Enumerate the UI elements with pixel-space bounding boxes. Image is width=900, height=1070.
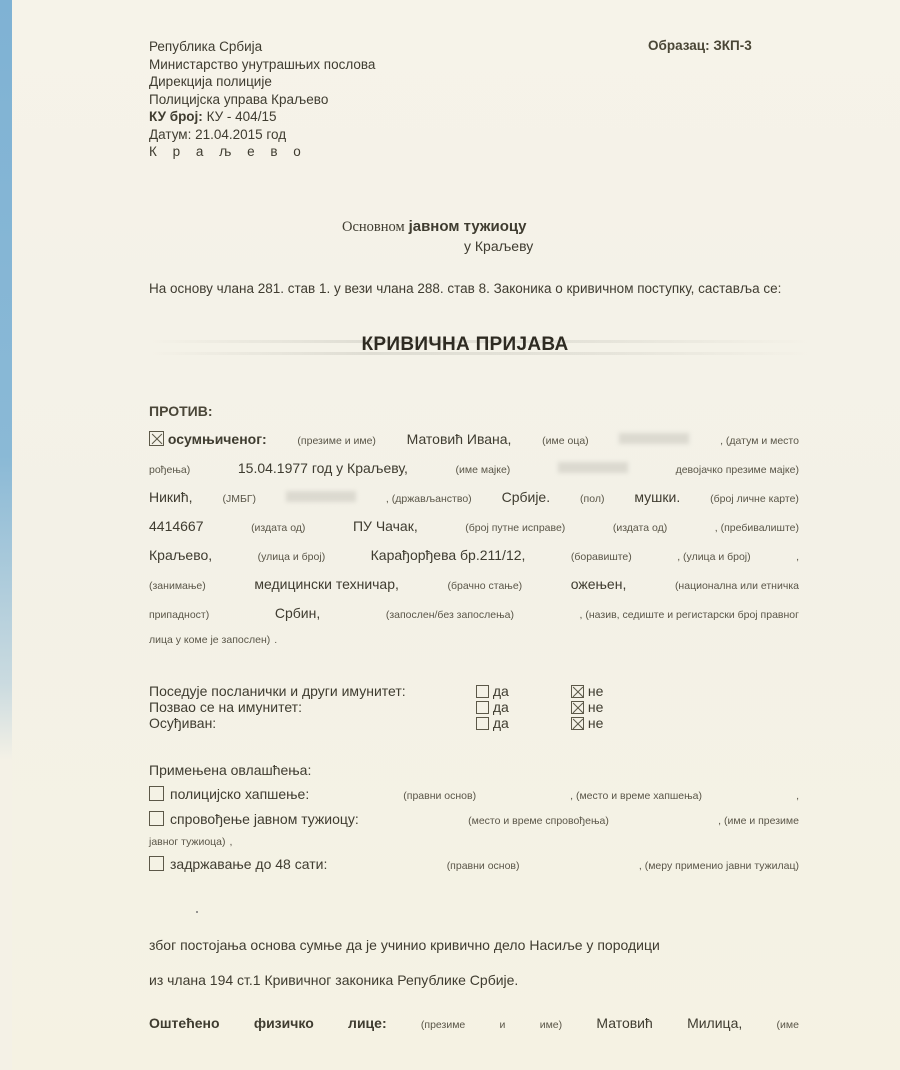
- checkbox[interactable]: [571, 701, 584, 714]
- case-number-value: КУ - 404/15: [207, 109, 277, 124]
- issuer-line: Република Србија: [149, 38, 375, 56]
- power-item-continued: јавног тужиоца) ,: [149, 836, 799, 856]
- field-value: ПУ Чачак,: [353, 518, 418, 534]
- checkbox[interactable]: [149, 431, 164, 446]
- field-value: Краљево,: [149, 547, 212, 563]
- field-hint: ,: [230, 836, 233, 848]
- field-hint: (име оца): [542, 435, 589, 447]
- power-item: полицијско хапшење:(правни основ), (мест…: [149, 786, 799, 811]
- no-label: не: [584, 683, 603, 699]
- background-edge: [0, 0, 12, 760]
- field-hint: (боравиште): [571, 551, 632, 563]
- field-hint: , (име и презиме: [718, 815, 799, 827]
- injured-party: Оштећено физичко лице: (презиме и име) М…: [149, 1015, 799, 1031]
- field-hint: (правни основ): [447, 860, 520, 872]
- powers-heading: Примењена овлашћења:: [149, 762, 311, 778]
- checkbox[interactable]: [571, 685, 584, 698]
- section-heading: ПРОТИВ:: [149, 403, 213, 419]
- injured-surname: Матовић: [596, 1015, 652, 1031]
- field-hint: , (назив, седиште и регистарски број пра…: [580, 609, 799, 621]
- field-hint: (брачно стање): [448, 580, 523, 592]
- field-hint: .: [274, 634, 277, 646]
- field-hint: рођења): [149, 464, 190, 476]
- no-option: не: [571, 715, 603, 731]
- field-hint: (број путне исправе): [465, 522, 565, 534]
- addressee-city: у Краљеву: [342, 237, 533, 256]
- issuer-line: Полицијска управа Краљево: [149, 91, 375, 109]
- immunity-row: Поседује посланички и други имунитет: да…: [149, 683, 669, 699]
- addressee-prefix: Основном: [342, 219, 405, 235]
- injured-label-word: Оштећено: [149, 1015, 220, 1031]
- field-hint: припадност): [149, 609, 209, 621]
- field-hint: (издата од): [251, 522, 305, 534]
- injured-name: Милица,: [687, 1015, 742, 1031]
- field-hint: , (место и време хапшења): [570, 790, 702, 802]
- field-hint: јавног тужиоца): [149, 836, 226, 848]
- injured-label-word: лице:: [348, 1015, 387, 1031]
- suspect-label: осумњиченог:: [168, 431, 267, 447]
- no-label: не: [584, 715, 603, 731]
- field-hint: (пол): [580, 493, 604, 505]
- power-item: спровођење јавном тужиоцу:(место и време…: [149, 811, 799, 836]
- suspect-line: осумњиченог:(презиме и име)Матовић Ивана…: [149, 431, 799, 460]
- field-hint: , (датум и место: [720, 435, 799, 447]
- immunity-label: Осуђиван:: [149, 715, 216, 731]
- field-hint: , (пребивалиште): [715, 522, 799, 534]
- closing-line: због постојања основа сумње да је учинио…: [149, 937, 809, 972]
- yes-label: да: [489, 683, 509, 699]
- issuer-line: Министарство унутрашњих послова: [149, 56, 375, 74]
- field-value: Србије.: [502, 489, 551, 505]
- checkbox[interactable]: [476, 701, 489, 714]
- field-hint: (име мајке): [456, 464, 511, 476]
- document-city: К р а љ е в о: [149, 143, 375, 161]
- yes-option: да: [476, 715, 509, 731]
- field-hint: девојачко презиме мајке): [676, 464, 799, 476]
- case-number-label: КУ број:: [149, 109, 203, 124]
- no-option: не: [571, 699, 603, 715]
- document-title: КРИВИЧНА ПРИЈАВА: [0, 334, 900, 356]
- issuer-line: Дирекција полиције: [149, 73, 375, 91]
- field-hint: (улица и број): [258, 551, 326, 563]
- field-value: 4414667: [149, 518, 204, 534]
- field-hint: (национална или етничка: [675, 580, 799, 592]
- document-date: Датум: 21.04.2015 год: [149, 126, 375, 144]
- field-value: 15.04.1977 год у Краљеву,: [238, 460, 408, 476]
- field-hint: (број личне карте): [710, 493, 799, 505]
- checkbox[interactable]: [149, 856, 164, 871]
- power-label: спровођење јавном тужиоцу:: [149, 811, 359, 827]
- closing-line: из члана 194 ст.1 Кривичног законика Реп…: [149, 972, 809, 1007]
- field-hint: име): [540, 1019, 562, 1031]
- yes-label: да: [489, 715, 509, 731]
- suspect-details: осумњиченог:(презиме и име)Матовић Ивана…: [149, 431, 799, 663]
- suspect-line: Краљево,(улица и број)Карађорђева бр.211…: [149, 547, 799, 576]
- intro-paragraph: На основу члана 281. став 1. у вези члан…: [149, 278, 799, 299]
- field-hint: (ЈМБГ): [222, 493, 256, 505]
- case-number: КУ број: КУ - 404/15: [149, 108, 375, 126]
- checkbox[interactable]: [149, 811, 164, 826]
- checkbox[interactable]: [571, 717, 584, 730]
- field-hint: и: [500, 1019, 506, 1031]
- issuer-header: Република Србија Министарство унутрашњих…: [149, 38, 375, 161]
- immunity-questions: Поседује посланички и други имунитет: да…: [149, 683, 669, 731]
- immunity-label: Позвао се на имунитет:: [149, 699, 302, 715]
- suspect-line: (занимање)медицински техничар,(брачно ст…: [149, 576, 799, 605]
- field-value: ожењен,: [571, 576, 627, 592]
- power-label: полицијско хапшење:: [149, 786, 309, 802]
- field-hint: (име: [777, 1019, 799, 1031]
- field-hint: ,: [796, 551, 799, 563]
- power-label: задржавање до 48 сати:: [149, 856, 327, 872]
- field-hint: (правни основ): [403, 790, 476, 802]
- field-hint: (занимање): [149, 580, 206, 592]
- injured-label-word: физичко: [254, 1015, 314, 1031]
- addressee: Основном јавном тужиоцу у Краљеву: [342, 217, 533, 256]
- suspect-line: рођења)15.04.1977 год у Краљеву,(име мај…: [149, 460, 799, 489]
- yes-option: да: [476, 683, 509, 699]
- redacted-field: [558, 462, 628, 473]
- suspect-checkbox-label: осумњиченог:: [149, 431, 267, 447]
- form-code: Образац: ЗКП-3: [648, 38, 752, 53]
- field-hint: (издата од): [613, 522, 667, 534]
- field-hint: (презиме: [421, 1019, 465, 1031]
- immunity-row: Осуђиван: да не: [149, 715, 669, 731]
- applied-powers: полицијско хапшење:(правни основ), (мест…: [149, 786, 799, 881]
- field-hint: , (улица и број): [677, 551, 750, 563]
- yes-label: да: [489, 699, 509, 715]
- field-hint: (место и време спровођења): [468, 815, 609, 827]
- field-value: Никић,: [149, 489, 193, 505]
- field-value: Матовић Ивана,: [407, 431, 512, 447]
- checkbox[interactable]: [476, 685, 489, 698]
- field-hint: (презиме и име): [297, 435, 376, 447]
- immunity-label: Поседује посланички и други имунитет:: [149, 683, 406, 699]
- suspect-line: 4414667(издата од)ПУ Чачак,(број путне и…: [149, 518, 799, 547]
- field-value: медицински техничар,: [254, 576, 399, 592]
- yes-option: да: [476, 699, 509, 715]
- field-value: Србин,: [275, 605, 320, 621]
- suspect-line: лица у коме је запослен).: [149, 634, 799, 663]
- no-label: не: [584, 699, 603, 715]
- redacted-field: [286, 491, 356, 502]
- field-hint: (запослен/без запослења): [386, 609, 514, 621]
- checkbox[interactable]: [149, 786, 164, 801]
- field-hint: , (меру применио јавни тужилац): [639, 860, 799, 872]
- immunity-row: Позвао се на имунитет: да не: [149, 699, 669, 715]
- field-hint: ,: [796, 790, 799, 802]
- checkbox[interactable]: [476, 717, 489, 730]
- suspect-line: Никић,(ЈМБГ), (држављанство)Србије.(пол)…: [149, 489, 799, 518]
- power-item: задржавање до 48 сати:(правни основ), (м…: [149, 856, 799, 881]
- addressee-title: јавном тужиоцу: [409, 218, 527, 235]
- suspect-line: припадност)Србин,(запослен/без запослења…: [149, 605, 799, 634]
- stray-mark: [196, 911, 198, 913]
- redacted-field: [619, 433, 689, 444]
- field-hint: лица у коме је запослен): [149, 634, 270, 646]
- field-value: мушки.: [634, 489, 680, 505]
- field-value: Карађорђева бр.211/12,: [371, 547, 526, 563]
- no-option: не: [571, 683, 603, 699]
- closing-statement: због постојања основа сумње да је учинио…: [149, 937, 809, 1007]
- field-hint: , (држављанство): [386, 493, 472, 505]
